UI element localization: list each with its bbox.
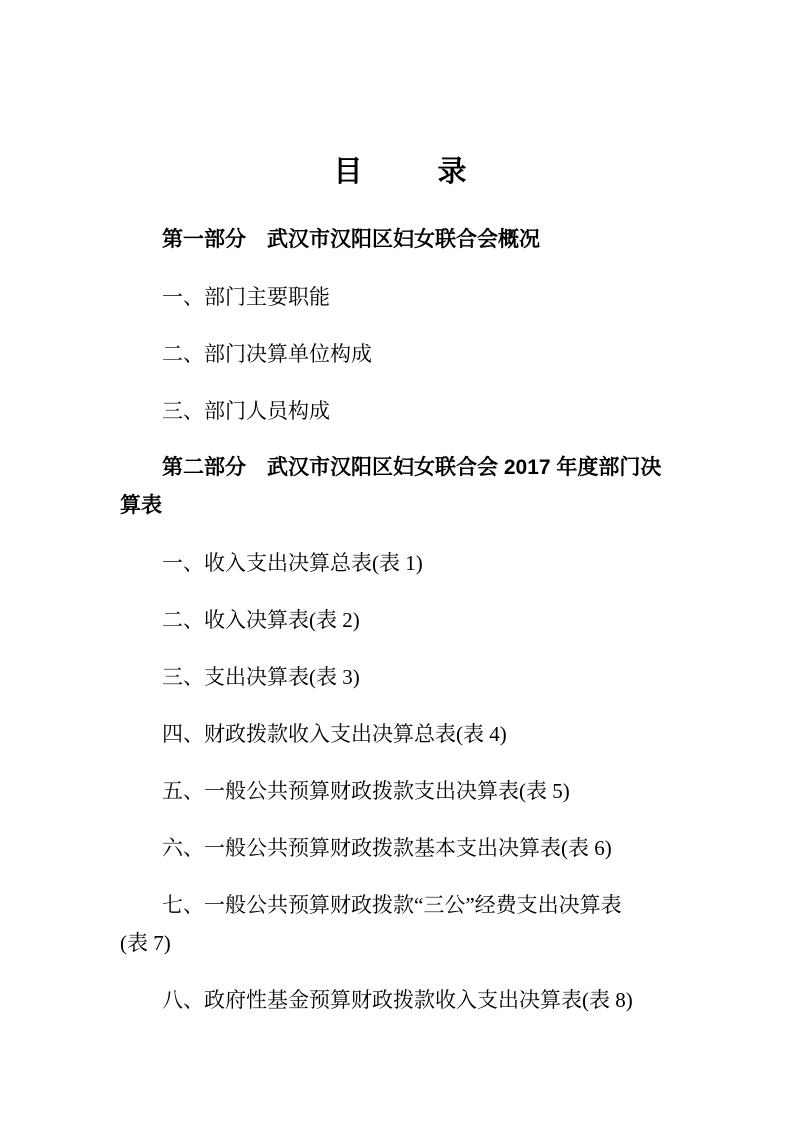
section-1-heading-line: 第一部分 武汉市汉阳区妇女联合会概况 xyxy=(120,221,680,259)
toc-item: 二、收入决算表(表 2) xyxy=(120,601,680,639)
page-title-char: 录 xyxy=(438,150,467,194)
toc-item-line: 二、部门决算单位构成 xyxy=(120,335,680,373)
section-2-heading-line: 第二部分 武汉市汉阳区妇女联合会 2017 年度部门决 xyxy=(120,449,680,487)
toc-item-line: 二、收入决算表(表 2) xyxy=(120,601,680,639)
toc-item: 四、财政拨款收入支出决算总表(表 4) xyxy=(120,715,680,753)
toc-item: 二、部门决算单位构成 xyxy=(120,335,680,373)
toc-item-line: 一、部门主要职能 xyxy=(120,278,680,316)
toc-item: 一、收入支出决算总表(表 1) xyxy=(120,544,680,582)
toc-item-line: 七、一般公共预算财政拨款“三公”经费支出决算表 xyxy=(120,886,680,924)
toc-item: 六、一般公共预算财政拨款基本支出决算表(表 6) xyxy=(120,829,680,867)
page-title: 目录 xyxy=(120,150,680,194)
section-2-heading-line: 算表 xyxy=(120,487,680,525)
toc-item-line: 三、支出决算表(表 3) xyxy=(120,658,680,696)
toc-item-line: 八、政府性基金预算财政拨款收入支出决算表(表 8) xyxy=(120,981,680,1019)
toc-item: 七、一般公共预算财政拨款“三公”经费支出决算表 (表 7) xyxy=(120,886,680,962)
toc-item-line: (表 7) xyxy=(120,924,680,962)
toc-item-line: 六、一般公共预算财政拨款基本支出决算表(表 6) xyxy=(120,829,680,867)
document-page: 目录 第一部分 武汉市汉阳区妇女联合会概况 一、部门主要职能 二、部门决算单位构… xyxy=(0,0,794,1122)
section-2-heading: 第二部分 武汉市汉阳区妇女联合会 2017 年度部门决 算表 xyxy=(120,449,680,525)
toc-item-line: 一、收入支出决算总表(表 1) xyxy=(120,544,680,582)
toc-item: 八、政府性基金预算财政拨款收入支出决算表(表 8) xyxy=(120,981,680,1019)
toc-item: 三、支出决算表(表 3) xyxy=(120,658,680,696)
toc-item-line: 三、部门人员构成 xyxy=(120,392,680,430)
toc-item: 五、一般公共预算财政拨款支出决算表(表 5) xyxy=(120,772,680,810)
section-1-heading: 第一部分 武汉市汉阳区妇女联合会概况 xyxy=(120,221,680,259)
toc-item-line: 四、财政拨款收入支出决算总表(表 4) xyxy=(120,715,680,753)
toc-item-line: 五、一般公共预算财政拨款支出决算表(表 5) xyxy=(120,772,680,810)
page-title-char: 目 xyxy=(333,150,362,194)
toc-item: 一、部门主要职能 xyxy=(120,278,680,316)
toc-item: 三、部门人员构成 xyxy=(120,392,680,430)
